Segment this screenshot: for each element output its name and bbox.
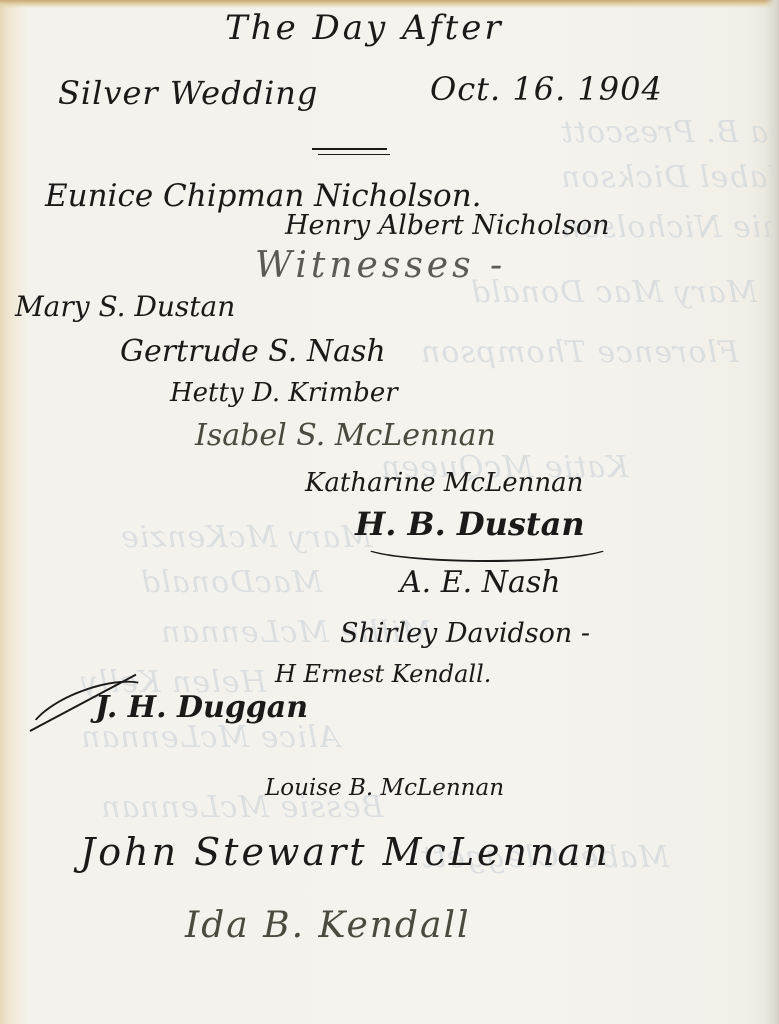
bleed-through-text: Mary Mac Donald — [470, 275, 758, 310]
signature: Shirley Davidson - — [340, 618, 590, 649]
signature: Louise B. McLennan — [265, 775, 504, 801]
signature: John Stewart McLennan — [80, 830, 611, 874]
signature: Mary S. Dustan — [15, 290, 235, 323]
date-text: Oct. 16. 1904 — [430, 70, 663, 108]
signature: Hetty D. Krimber — [170, 378, 398, 408]
signature-page: Luna B. Prescott Mabel Dickson Annie Nic… — [0, 0, 779, 1024]
signature: A. E. Nash — [400, 565, 561, 600]
bleed-through-text: Mary McKenzie — [120, 520, 372, 555]
bleed-through-text: MacDonald — [140, 565, 323, 600]
occasion-text: Silver Wedding — [58, 74, 318, 112]
witnesses-heading: Witnesses - — [255, 245, 506, 286]
signature-couple-wife: Eunice Chipman Nicholson. — [45, 178, 482, 214]
signature: Gertrude S. Nash — [120, 334, 386, 369]
bleed-through-text: Florence Thompson — [420, 335, 739, 370]
header-underline — [318, 154, 390, 155]
header-underline — [312, 148, 387, 150]
signature: Ida B. Kendall — [185, 905, 470, 946]
bleed-through-text: Mabel Dickson — [560, 160, 779, 195]
bleed-through-text: Luna B. Prescott — [560, 115, 779, 150]
signature-couple-husband: Henry Albert Nicholson — [285, 210, 610, 241]
signature: Isabel S. McLennan — [195, 418, 496, 453]
signature: Katharine McLennan — [305, 468, 583, 498]
signature-flourish — [360, 528, 614, 562]
signature: H Ernest Kendall. — [275, 660, 491, 688]
page-title: The Day After — [225, 8, 504, 48]
